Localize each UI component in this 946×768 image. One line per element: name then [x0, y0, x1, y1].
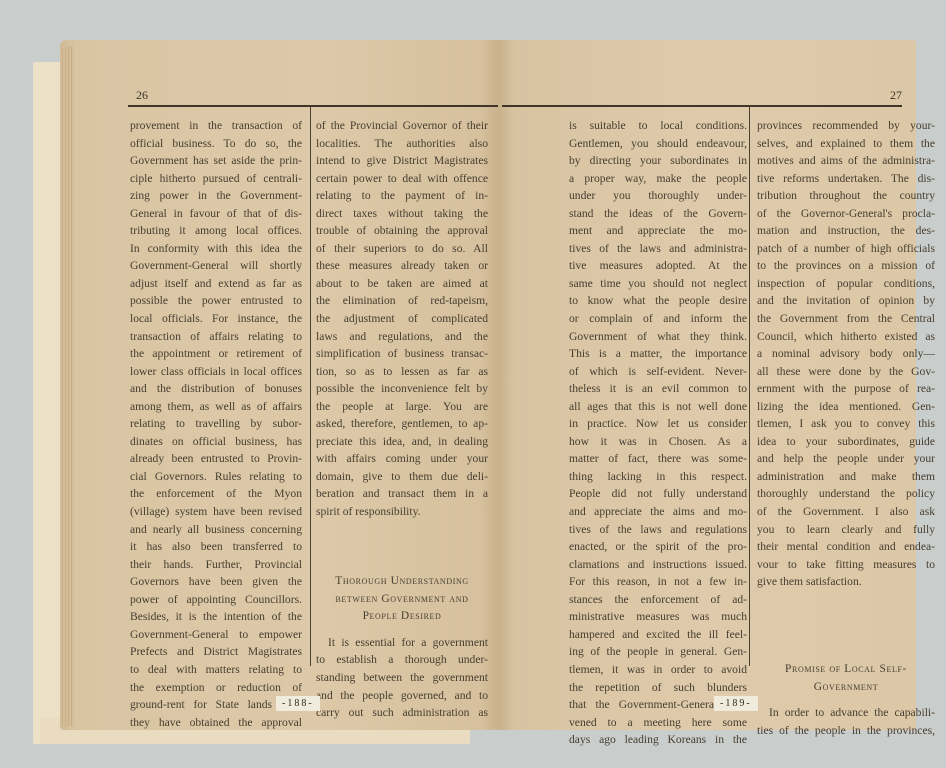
text-line: vour to take fitting measures to: [757, 556, 935, 574]
text-line: already been entrusted to Provin-: [130, 450, 302, 468]
text-line: the adjustment of complicated: [316, 310, 488, 328]
text-line: possible the power entrusted to: [130, 292, 302, 310]
text-line: of the Government. I also ask: [757, 503, 935, 521]
right-page-folio: 27: [890, 88, 902, 103]
text-line: relating to travelling by subor-: [130, 415, 302, 433]
right-page-footer-number: -189-: [714, 696, 758, 711]
left-page-column-1: provement in the transaction of official…: [130, 117, 302, 731]
section-heading: Thorough Understanding: [316, 573, 488, 591]
text-line: (village) system have been revised: [130, 503, 302, 521]
text-line: In order to advance the capabili-: [757, 704, 935, 722]
text-line: by directing your subordinates in: [569, 152, 747, 170]
text-line: In conformity with this idea the: [130, 240, 302, 258]
text-line: It is essential for a government: [316, 634, 488, 652]
text-line: laws and regulations, and the: [316, 328, 488, 346]
text-line: of their superiors to do so. All: [316, 240, 488, 258]
text-line: is suitable to local conditions.: [569, 117, 747, 135]
text-line: relating to the payment of in-: [316, 187, 488, 205]
text-line: People did not fully understand: [569, 485, 747, 503]
section-heading: between Government and: [316, 591, 488, 609]
text-line: asked, therefore, gentlemen, to ap-: [316, 415, 488, 433]
text-line: with affairs coming under your: [316, 450, 488, 468]
text-line: these measures already taken or: [316, 257, 488, 275]
text-line: to know what the people desire: [569, 292, 747, 310]
text-line: power of appointing Councillors.: [130, 591, 302, 609]
text-line: Besides, it is the intention of the: [130, 608, 302, 626]
right-header-rule: [502, 105, 902, 107]
text-line: to the provinces on a mission of: [757, 257, 935, 275]
text-line: official business. To do so, the: [130, 135, 302, 153]
text-line: Governors have been given the: [130, 573, 302, 591]
right-page-column-1: is suitable to local conditions. Gentlem…: [569, 117, 747, 749]
text-line: dinates on official business, has: [130, 433, 302, 451]
left-page-folio: 26: [136, 88, 148, 103]
text-line: idea to your subordinates, guide: [757, 433, 935, 451]
text-line: cial Governors. Rules relating to: [130, 468, 302, 486]
text-line: provement in the transaction of: [130, 117, 302, 135]
text-line: ministrative measures was much: [569, 608, 747, 626]
text-line: local officials. For instance, the: [130, 310, 302, 328]
text-line: provinces recommended by your-: [757, 117, 935, 135]
text-line: carry out such administration as: [316, 704, 488, 722]
text-line: or complain of and inform the: [569, 310, 747, 328]
text-line: localities. The authorities also: [316, 135, 488, 153]
text-line: direct taxes without taking the: [316, 205, 488, 223]
section-heading: People Desired: [316, 608, 488, 626]
text-line: tion, so as to lessen as far as: [316, 363, 488, 381]
text-line: of the Governor-General's procla-: [757, 205, 935, 223]
text-line: a proper way, make the people: [569, 170, 747, 188]
text-line: intend to give District Magistrates: [316, 152, 488, 170]
text-line: the elimination of red-tapeism,: [316, 292, 488, 310]
text-line: beration and transact them in a: [316, 485, 488, 503]
text-line: zing power in the Government-: [130, 187, 302, 205]
text-line: tlemen, it was in order to avoid: [569, 661, 747, 679]
text-line: enacted, or the spirit of the pro-: [569, 538, 747, 556]
text-line: ment and appreciate the mo-: [569, 222, 747, 240]
text-line: a nominal advisory body only—: [757, 345, 935, 363]
text-line: stand the ideas of the Govern-: [569, 205, 747, 223]
text-line: preciate this idea, and, in dealing: [316, 433, 488, 451]
text-line: tributing it among local offices.: [130, 222, 302, 240]
page-stack-edges: [60, 46, 74, 726]
text-line: clamations and instructions issued.: [569, 556, 747, 574]
text-line: thing lacking in this respect.: [569, 468, 747, 486]
text-line: under you thoroughly under-: [569, 187, 747, 205]
text-line: ties of the people in the provinces,: [757, 722, 935, 740]
text-line: the enforcement of the Myon: [130, 485, 302, 503]
text-line: Government of what they think.: [569, 328, 747, 346]
text-line: Gentlemen, you should endeavour,: [569, 135, 747, 153]
left-page: 26 provement in the transaction of offic…: [60, 40, 498, 730]
text-line: same time you should not neglect: [569, 275, 747, 293]
text-line: tribution throughout the country: [757, 187, 935, 205]
text-line: selves, and explained to them the: [757, 135, 935, 153]
text-line: and appreciate the aims and mo-: [569, 503, 747, 521]
text-line: and help the people under your: [757, 450, 935, 468]
open-book-spread: 26 provement in the transaction of offic…: [60, 40, 916, 730]
right-column-divider: [749, 106, 750, 666]
text-line: This is a matter, the importance: [569, 345, 747, 363]
text-line: certain power to deal with offence: [316, 170, 488, 188]
text-line: lizing the idea mentioned. Gen-: [757, 398, 935, 416]
text-line: give them satisfaction.: [757, 573, 935, 591]
right-page: 27 is suitable to local conditions. Gent…: [498, 40, 916, 730]
text-line: the appointment or retirement of: [130, 345, 302, 363]
text-line: lower class officials in local offices: [130, 363, 302, 381]
text-line: their hands. Further, Provincial: [130, 556, 302, 574]
text-line: ernment with the purpose of rea-: [757, 380, 935, 398]
text-line: adjust itself and extend as far as: [130, 275, 302, 293]
text-line: tives of the laws and regulations: [569, 521, 747, 539]
section-heading: Promise of Local Self-: [757, 661, 935, 679]
text-line: ciple hitherto pursued of centrali-: [130, 170, 302, 188]
right-page-column-2: provinces recommended by your- selves, a…: [757, 117, 935, 739]
text-line: domain, give to them due deli-: [316, 468, 488, 486]
text-line: trouble of obtaining the approval: [316, 222, 488, 240]
text-line: simplification of business transac-: [316, 345, 488, 363]
text-line: standing between the government: [316, 669, 488, 687]
text-line: the exemption or reduction of: [130, 679, 302, 697]
text-line: about to be taken are aimed at: [316, 275, 488, 293]
text-line: the people at large. You are: [316, 398, 488, 416]
left-page-column-2: of the Provincial Governor of their loca…: [316, 117, 488, 722]
text-line: all these were done by the Gov-: [757, 363, 935, 381]
text-line: General in favour of that of dis-: [130, 205, 302, 223]
text-line: patch of a number of high officials: [757, 240, 935, 258]
text-line: motives and aims of the administra-: [757, 152, 935, 170]
text-line: stances the enforcement of ad-: [569, 591, 747, 609]
text-line: For this reason, in not a few in-: [569, 573, 747, 591]
text-line: administration and make them: [757, 468, 935, 486]
text-line: Prefects and District Magistrates: [130, 643, 302, 661]
text-line: of which is self-evident. Never-: [569, 363, 747, 381]
text-line: theless it is an evil common to: [569, 380, 747, 398]
text-line: spirit of responsibility.: [316, 503, 488, 521]
text-line: in practice. Now let us consider: [569, 415, 747, 433]
text-line: hampered and excited the ill feel-: [569, 626, 747, 644]
text-line: to establish a thorough under-: [316, 651, 488, 669]
section-heading: Government: [757, 679, 935, 697]
text-line: matter of fact, there was some-: [569, 450, 747, 468]
text-line: the repetition of such blunders: [569, 679, 747, 697]
text-line: possible the inconvenience felt by: [316, 380, 488, 398]
text-line: among them, as well as of affairs: [130, 398, 302, 416]
text-line: Government-General will shortly: [130, 257, 302, 275]
text-line: and the distribution of bonuses: [130, 380, 302, 398]
text-line: and the people governed, and to: [316, 687, 488, 705]
text-line: their mental condition and endea-: [757, 538, 935, 556]
text-line: to deal with matters relating to: [130, 661, 302, 679]
left-header-rule: [128, 105, 498, 107]
text-line: tive measures adopted. At the: [569, 257, 747, 275]
text-line: all ages that this is not well done: [569, 398, 747, 416]
text-line: tives of the laws and administra-: [569, 240, 747, 258]
text-line: the Government from the Central: [757, 310, 935, 328]
text-line: mation and instruction, the des-: [757, 222, 935, 240]
text-line: and the invitation of opinion by: [757, 292, 935, 310]
text-line: inspection of popular conditions,: [757, 275, 935, 293]
text-line: vened to a meeting here some: [569, 714, 747, 732]
text-line: Government has set aside the prin-: [130, 152, 302, 170]
text-line: they have obtained the approval: [130, 714, 302, 732]
text-line: thoroughly understand the policy: [757, 485, 935, 503]
text-line: days ago leading Koreans in the: [569, 731, 747, 749]
left-page-footer-number: -188-: [276, 696, 320, 711]
text-line: of the Provincial Governor of their: [316, 117, 488, 135]
text-line: tive reforms undertaken. The dis-: [757, 170, 935, 188]
text-line: how it was in Chosen. As a: [569, 433, 747, 451]
text-line: you to learn clearly and fully: [757, 521, 935, 539]
text-line: Government-General to empower: [130, 626, 302, 644]
text-line: transaction of affairs relating to: [130, 328, 302, 346]
text-line: Council, which hitherto existed as: [757, 328, 935, 346]
text-line: it has also been transferred to: [130, 538, 302, 556]
text-line: ing of the people in general. Gen-: [569, 643, 747, 661]
text-line: and nearly all business concerning: [130, 521, 302, 539]
left-column-divider: [310, 106, 311, 666]
text-line: tlemen, I ask you to convey this: [757, 415, 935, 433]
